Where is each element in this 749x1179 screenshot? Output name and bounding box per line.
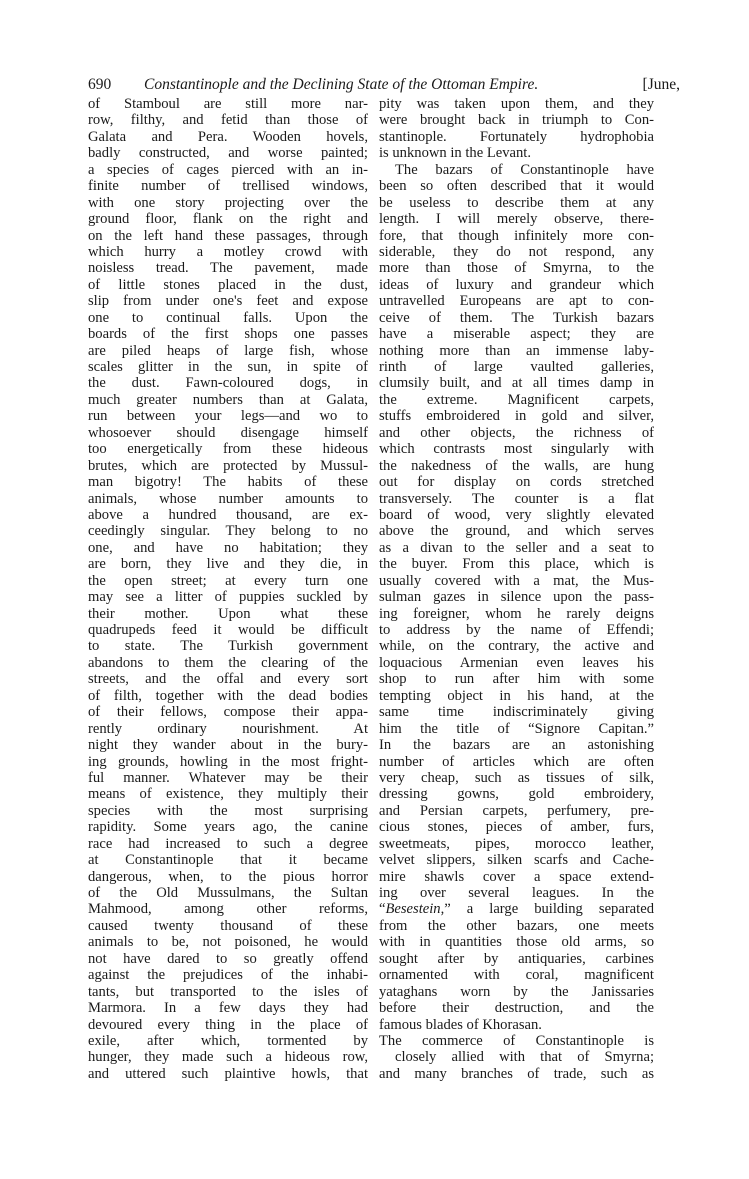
text-line: hunger, they made such a hideous row, — [88, 1049, 368, 1065]
text-line: rapidity. Some years ago, the canine — [88, 819, 368, 835]
text-line: not have dared to so greatly offend — [88, 951, 368, 967]
text-line: run between your legs—and wo to — [88, 408, 368, 424]
text-line: scales glitter in the sun, in spite of — [88, 359, 368, 375]
text-line: which hurry a motley crowd with — [88, 244, 368, 260]
text-line: ceive of them. The Turkish bazars — [379, 310, 654, 326]
text-line: ing over several leagues. In the — [379, 885, 654, 901]
text-line: above the ground, and which serves — [379, 523, 654, 539]
text-line: stuffs embroidered in gold and silver, — [379, 408, 654, 424]
text-line: Marmora. In a few days they had — [88, 1000, 368, 1016]
text-line: may see a litter of puppies suckled by — [88, 589, 368, 605]
text-line: on the left hand these passages, through — [88, 228, 368, 244]
text-line: which contrasts most singularly with — [379, 441, 654, 457]
issue-date: [June, — [643, 75, 680, 95]
text-line: above a hundred thousand, are ex- — [88, 507, 368, 523]
text-line: with in quantities those old arms, so — [379, 934, 654, 950]
text-line: The bazars of Constantinople have — [379, 162, 654, 178]
text-line: him the title of “Signore Capitan.” — [379, 721, 654, 737]
text-line: of their fellows, compose their appa- — [88, 704, 368, 720]
text-line: exile, after which, tormented by — [88, 1033, 368, 1049]
text-line: The commerce of Constantinople is — [379, 1033, 654, 1049]
text-line: and many branches of trade, such as — [379, 1066, 654, 1082]
text-line: before their destruction, and the — [379, 1000, 654, 1016]
text-line: board of wood, very slightly elevated — [379, 507, 654, 523]
text-line: ful manner. Whatever may be their — [88, 770, 368, 786]
text-line: Mahmood, among other reforms, — [88, 901, 368, 917]
text-line: mire shawls cover a space extend- — [379, 869, 654, 885]
text-line: abandons to them the clearing of the — [88, 655, 368, 671]
text-line: their mother. Upon what these — [88, 606, 368, 622]
document-page: 690 Constantinople and the Declining Sta… — [0, 0, 749, 1179]
text-line: means of existence, they multiply their — [88, 786, 368, 802]
text-line: with one story projecting over the — [88, 195, 368, 211]
text-line: nothing more than an immense laby- — [379, 343, 654, 359]
text-line: more than those of Smyrna, to the — [379, 260, 654, 276]
text-line: dangerous, when, to the pious horror — [88, 869, 368, 885]
text-line: sweetmeats, pipes, morocco leather, — [379, 836, 654, 852]
text-line: of little stones placed in the dust, — [88, 277, 368, 293]
text-line: ceedingly singular. They belong to no — [88, 523, 368, 539]
text-line: species with the most surprising — [88, 803, 368, 819]
text-line: too energetically from these hideous — [88, 441, 368, 457]
text-line: and Persian carpets, perfumery, pre- — [379, 803, 654, 819]
text-line: against the prejudices of the inhabi- — [88, 967, 368, 983]
text-line: the open street; at every turn one — [88, 573, 368, 589]
text-line: have a miserable aspect; they are — [379, 326, 654, 342]
text-line: to state. The Turkish government — [88, 638, 368, 654]
text-line: devoured every thing in the place of — [88, 1017, 368, 1033]
text-line: night they wander about in the bury- — [88, 737, 368, 753]
text-line: while, on the contrary, the active and — [379, 638, 654, 654]
text-line: slip from under one's feet and expose — [88, 293, 368, 309]
text-line: the nakedness of the walls, are hung — [379, 458, 654, 474]
text-line: streets, and the offal and every sort — [88, 671, 368, 687]
text-line: same time indiscriminately giving — [379, 704, 654, 720]
text-line: closely allied with that of Smyrna; — [379, 1049, 654, 1065]
text-line: of filth, together with the dead bodies — [88, 688, 368, 704]
text-line: number of articles which are often — [379, 754, 654, 770]
text-line: rinth of large vaulted galleries, — [379, 359, 654, 375]
text-line: were brought back in triumph to Con- — [379, 112, 654, 128]
text-line: a species of cages pierced with an in- — [88, 162, 368, 178]
text-line: very cheap, such as tissues of silk, — [379, 770, 654, 786]
text-line: In the bazars are an astonishing — [379, 737, 654, 753]
text-line: siderable, they do not respond, any — [379, 244, 654, 260]
text-line: pity was taken upon them, and they — [379, 96, 654, 112]
text-line: are piled heaps of large fish, whose — [88, 343, 368, 359]
text-line: at Constantinople that it became — [88, 852, 368, 868]
text-line: as a divan to the seller and a seat to — [379, 540, 654, 556]
text-line: much greater numbers than at Galata, — [88, 392, 368, 408]
text-line: quadrupeds feed it would be difficult — [88, 622, 368, 638]
text-line: ing grounds, howling in the most fright- — [88, 754, 368, 770]
text-line: stantinople. Fortunately hydrophobia — [379, 129, 654, 145]
text-line: the extreme. Magnificent carpets, — [379, 392, 654, 408]
text-line: yataghans worn by the Janissaries — [379, 984, 654, 1000]
text-line: untravelled Europeans are apt to con- — [379, 293, 654, 309]
text-line: race had increased to such a degree — [88, 836, 368, 852]
text-line: and uttered such plaintive howls, that — [88, 1066, 368, 1082]
text-line: shop to run after him with some — [379, 671, 654, 687]
text-line: “Besestein,” a large building separated — [379, 901, 654, 917]
text-line: tants, but transported to the isles of — [88, 984, 368, 1000]
text-line: badly constructed, and worse painted; — [88, 145, 368, 161]
text-line: animals, whose number amounts to — [88, 491, 368, 507]
text-line: to address by the name of Effendi; — [379, 622, 654, 638]
text-line: clumsily built, and at all times damp in — [379, 375, 654, 391]
text-line: ornamented with coral, magnificent — [379, 967, 654, 983]
text-line: caused twenty thousand of these — [88, 918, 368, 934]
text-line: is unknown in the Levant. — [379, 145, 654, 161]
right-column: pity was taken upon them, and theywere b… — [379, 96, 654, 1082]
text-line: the buyer. From this place, which is — [379, 556, 654, 572]
text-line: velvet slippers, silken scarfs and Cache… — [379, 852, 654, 868]
text-line: animals to be, not poisoned, he would — [88, 934, 368, 950]
text-line: sought after by antiquaries, carbines — [379, 951, 654, 967]
text-line: transversely. The counter is a flat — [379, 491, 654, 507]
text-line: of Stamboul are still more nar- — [88, 96, 368, 112]
text-line: out for display on cords stretched — [379, 474, 654, 490]
text-line: sulman gazes in silence upon the pass- — [379, 589, 654, 605]
text-line: one, and have no habitation; they — [88, 540, 368, 556]
text-line: ing foreigner, whom he rarely deigns — [379, 606, 654, 622]
text-line: man bigotry! The habits of these — [88, 474, 368, 490]
text-line: Galata and Pera. Wooden hovels, — [88, 129, 368, 145]
text-line: one to continual falls. Upon the — [88, 310, 368, 326]
italic-term: Besestein — [385, 901, 440, 917]
text-line: be useless to describe them at any — [379, 195, 654, 211]
text-line: finite number of trellised windows, — [88, 178, 368, 194]
page-number: 690 — [88, 75, 111, 95]
text-line: boards of the first shops one passes — [88, 326, 368, 342]
text-line: usually covered with a mat, the Mus- — [379, 573, 654, 589]
text-line: tempting object in his hand, at the — [379, 688, 654, 704]
text-line: cious stones, pieces of amber, furs, — [379, 819, 654, 835]
text-line: ideas of luxury and grandeur which — [379, 277, 654, 293]
text-line: length. I will merely observe, there- — [379, 211, 654, 227]
running-title: Constantinople and the Declining State o… — [144, 75, 538, 95]
text-line: of the Old Mussulmans, the Sultan — [88, 885, 368, 901]
text-line: from the other bazars, one meets — [379, 918, 654, 934]
text-line: and other objects, the richness of — [379, 425, 654, 441]
text-line: ground floor, flank on the right and — [88, 211, 368, 227]
text-line: whosoever should disengage himself — [88, 425, 368, 441]
text-line: row, filthy, and fetid than those of — [88, 112, 368, 128]
text-line: famous blades of Khorasan. — [379, 1017, 654, 1033]
text-line: the dust. Fawn-coloured dogs, in — [88, 375, 368, 391]
text-line: fore, that though infinitely more con- — [379, 228, 654, 244]
text-line: brutes, which are protected by Mussul- — [88, 458, 368, 474]
text-line: are born, they live and they die, in — [88, 556, 368, 572]
text-line: rently ordinary nourishment. At — [88, 721, 368, 737]
text-line: dressing gowns, gold embroidery, — [379, 786, 654, 802]
text-line: been so often described that it would — [379, 178, 654, 194]
text-line: loquacious Armenian even leaves his — [379, 655, 654, 671]
text-line: noisless tread. The pavement, made — [88, 260, 368, 276]
running-header: 690 Constantinople and the Declining Sta… — [88, 75, 680, 95]
left-column: of Stamboul are still more nar-row, filt… — [88, 96, 368, 1082]
